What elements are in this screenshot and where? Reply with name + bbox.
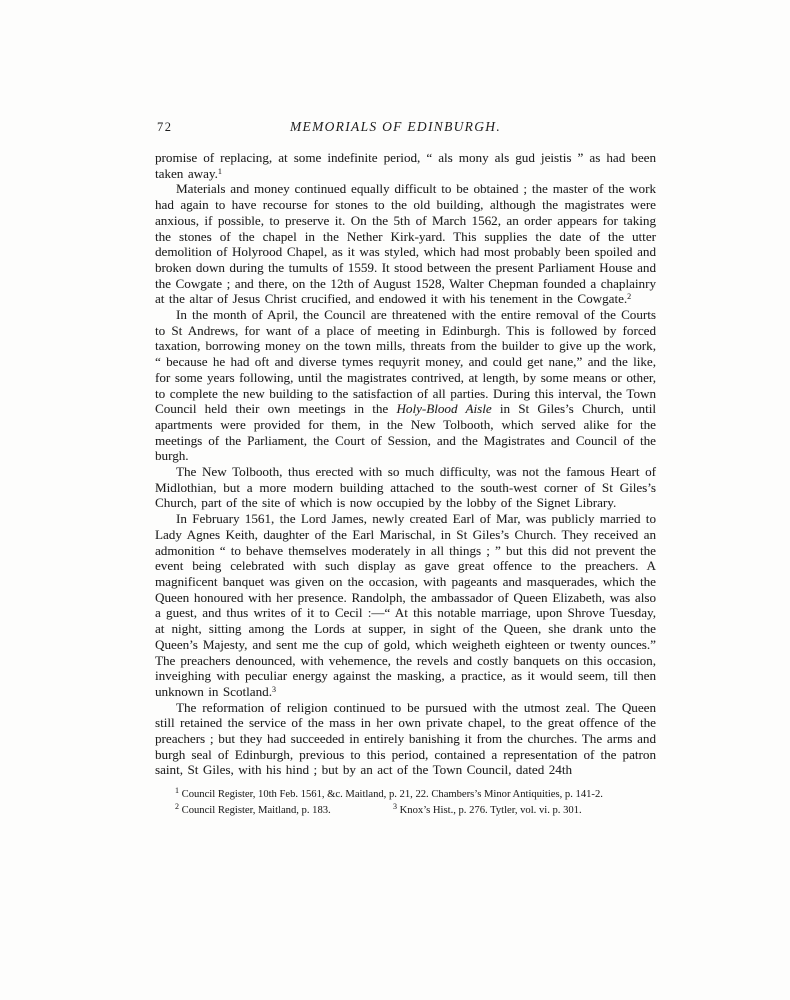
body-text-segment: The reformation of religion continued to… xyxy=(155,700,656,778)
paragraph: promise of replacing, at some indefinite… xyxy=(155,150,656,181)
body-text-segment: promise of replacing, at some indefinite… xyxy=(155,150,656,181)
body-text-segment: Materials and money continued equally di… xyxy=(155,181,656,306)
footnote: 3 Knox’s Hist., p. 276. Tytler, vol. vi.… xyxy=(393,803,582,819)
paragraph: In February 1561, the Lord James, newly … xyxy=(155,511,656,699)
paragraph: Materials and money continued equally di… xyxy=(155,181,656,307)
footnote-line: 1 Council Register, 10th Feb. 1561, &c. … xyxy=(155,787,656,803)
running-title: MEMORIALS OF EDINBURGH. xyxy=(155,119,636,135)
footnote-reference: 3 xyxy=(272,685,276,694)
body-text-segment: The New Tolbooth, thus erected with so m… xyxy=(155,464,656,510)
footnote-marker: 2 xyxy=(175,802,179,811)
footnote: 1 Council Register, 10th Feb. 1561, &c. … xyxy=(175,789,603,800)
page-header: 72 MEMORIALS OF EDINBURGH. xyxy=(155,119,656,136)
footnote-marker: 1 xyxy=(175,786,179,795)
footnote-reference: 1 xyxy=(218,167,222,176)
book-page: 72 MEMORIALS OF EDINBURGH. promise of re… xyxy=(0,0,790,1000)
body-text-segment: In February 1561, the Lord James, newly … xyxy=(155,511,656,699)
paragraph: The reformation of religion continued to… xyxy=(155,700,656,779)
paragraph: In the month of April, the Council are t… xyxy=(155,307,656,464)
text-column: 72 MEMORIALS OF EDINBURGH. promise of re… xyxy=(155,119,656,818)
page-body: promise of replacing, at some indefinite… xyxy=(155,150,656,778)
italic-text: Holy-Blood Aisle xyxy=(396,401,491,416)
paragraph: The New Tolbooth, thus erected with so m… xyxy=(155,464,656,511)
footnote: 2 Council Register, Maitland, p. 183. xyxy=(175,805,331,816)
body-text-segment: In the month of April, the Council are t… xyxy=(155,307,656,416)
footnotes: 1 Council Register, 10th Feb. 1561, &c. … xyxy=(155,787,656,818)
footnote-reference: 2 xyxy=(627,292,631,301)
footnote-marker: 3 xyxy=(393,802,397,811)
footnote-line: 2 Council Register, Maitland, p. 183.3 K… xyxy=(155,803,656,819)
